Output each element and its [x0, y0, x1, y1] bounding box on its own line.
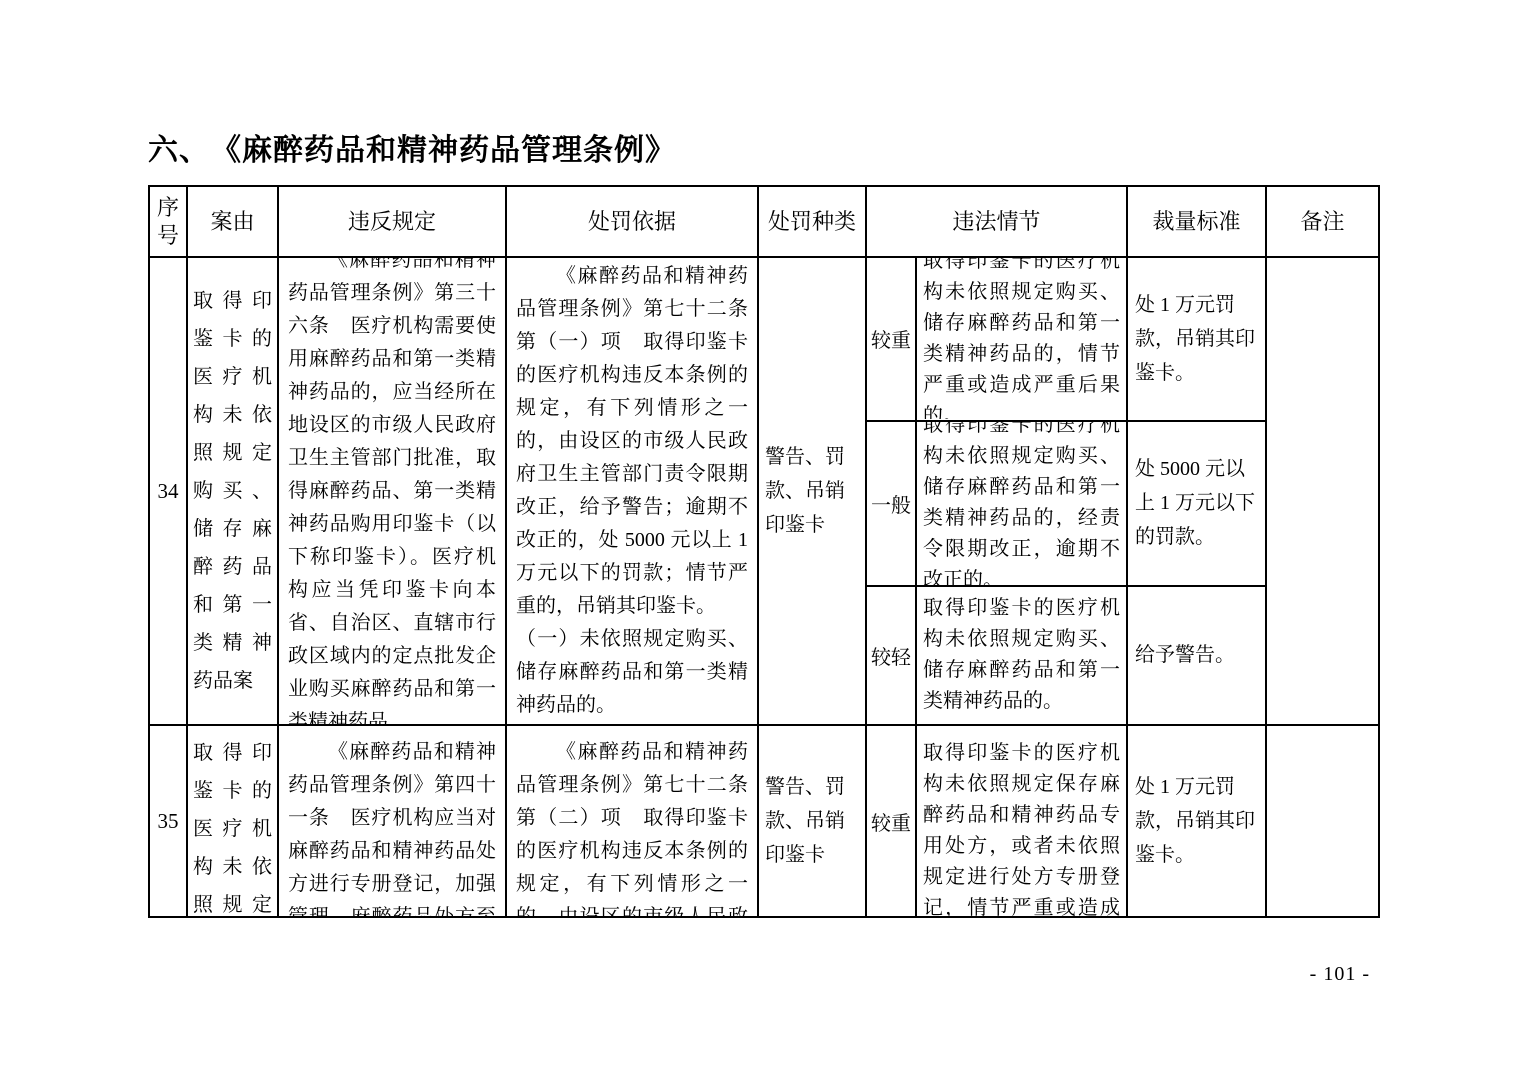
cell-violation-35: 《麻醉药品和精神药品管理条例》第四十一条 医疗机构应当对麻醉药品和精神药品处方进…: [278, 725, 506, 917]
page-number: - 101 -: [1310, 963, 1370, 986]
cell-basis-35: 《麻醉药品和精神药品管理条例》第七十二条第（二）项 取得印鉴卡的医疗机构违反本条…: [506, 725, 758, 917]
document-page: 六、 《麻醉药品和精神药品管理条例》 序号 案由 违反规定 处罚依据 处罚种类 …: [0, 0, 1520, 1074]
section-title: 六、 《麻醉药品和精神药品管理条例》: [148, 134, 676, 168]
cell-penalty-type-35: 警告、罚款、吊销印鉴卡: [758, 725, 866, 917]
cell-circumstance-35: 取得印鉴卡的医疗机构未依照规定保存麻醉药品和精神药品专用处方，或者未依照规定进行…: [916, 725, 1127, 917]
cell-standard-34-2: 处 5000 元以上 1 万元以下的罚款。: [1127, 421, 1266, 587]
cell-case-34: 取得印鉴卡的医疗机构未依照规定购买、储存麻醉药品和第一类精神药品案: [187, 257, 278, 725]
header-violation: 违反规定: [278, 186, 506, 257]
violation-paragraph: 《麻醉药品和精神药品管理条例》第四十一条 医疗机构应当对麻醉药品和精神药品处方进…: [288, 736, 496, 916]
cell-note-34: [1266, 257, 1379, 725]
penalty-standards-table: 序号 案由 违反规定 处罚依据 处罚种类 违法情节 裁量标准 备注 34 取得印…: [148, 185, 1380, 918]
cell-no-34: 34: [149, 257, 187, 725]
cell-basis-34: 《麻醉药品和精神药品管理条例》第七十二条第（一）项 取得印鉴卡的医疗机构违反本条…: [506, 257, 758, 725]
cell-penalty-type-34: 警告、罚款、吊销印鉴卡: [758, 257, 866, 725]
cell-violation-34: 《麻醉药品和精神药品管理条例》第三十六条 医疗机构需要使用麻醉药品和第一类精神药…: [278, 257, 506, 725]
header-case: 案由: [187, 186, 278, 257]
cell-circumstance-34-3: 取得印鉴卡的医疗机构未依照规定购买、储存麻醉药品和第一类精神药品的。: [916, 586, 1127, 725]
header-standard: 裁量标准: [1127, 186, 1266, 257]
basis-paragraph-1: 《麻醉药品和精神药品管理条例》第七十二条第（二）项 取得印鉴卡的医疗机构违反本条…: [516, 736, 748, 916]
cell-severity-34-2: 一般: [866, 421, 916, 587]
table-header-row: 序号 案由 违反规定 处罚依据 处罚种类 违法情节 裁量标准 备注: [149, 186, 1379, 257]
cell-circumstance-34-2: 取得印鉴卡的医疗机构未依照规定购买、储存麻醉药品和第一类精神药品的，经责令限期改…: [916, 421, 1127, 587]
basis-paragraph-1: 《麻醉药品和精神药品管理条例》第七十二条第（一）项 取得印鉴卡的医疗机构违反本条…: [516, 260, 748, 623]
table-row: 35 取得印鉴卡的医疗机构未依照规定保存麻醉药品和精神 《麻醉药品和精神药品管理…: [149, 725, 1379, 917]
cell-no-35: 35: [149, 725, 187, 917]
basis-paragraph-2: （一）未依照规定购买、储存麻醉药品和第一类精神药品的。: [516, 623, 748, 722]
header-penalty-type: 处罚种类: [758, 186, 866, 257]
cell-note-35: [1266, 725, 1379, 917]
cell-standard-34-3: 给予警告。: [1127, 586, 1266, 725]
cell-severity-34-1: 较重: [866, 257, 916, 421]
cell-standard-34-1: 处 1 万元罚款，吊销其印鉴卡。: [1127, 257, 1266, 421]
table-row: 34 取得印鉴卡的医疗机构未依照规定购买、储存麻醉药品和第一类精神药品案 《麻醉…: [149, 257, 1379, 421]
header-note: 备注: [1266, 186, 1379, 257]
cell-case-35: 取得印鉴卡的医疗机构未依照规定保存麻醉药品和精神: [187, 725, 278, 917]
header-circumstance: 违法情节: [866, 186, 1127, 257]
header-basis: 处罚依据: [506, 186, 758, 257]
header-no: 序号: [149, 186, 187, 257]
cell-circumstance-34-1: 取得印鉴卡的医疗机构未依照规定购买、储存麻醉药品和第一类精神药品的，情节严重或造…: [916, 257, 1127, 421]
cell-severity-34-3: 较轻: [866, 586, 916, 725]
cell-standard-35: 处 1 万元罚款，吊销其印鉴卡。: [1127, 725, 1266, 917]
violation-paragraph: 《麻醉药品和精神药品管理条例》第三十六条 医疗机构需要使用麻醉药品和第一类精神药…: [288, 258, 496, 724]
cell-severity-35: 较重: [866, 725, 916, 917]
